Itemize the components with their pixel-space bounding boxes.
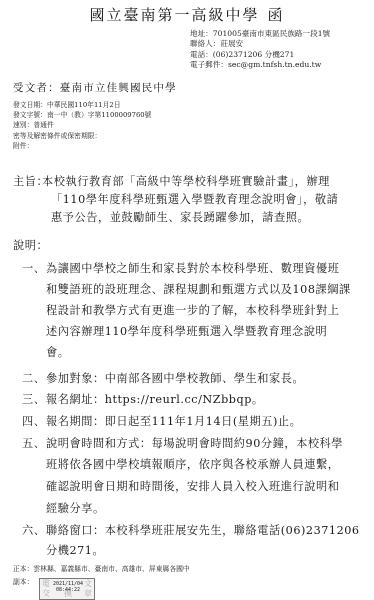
classification: 密等及解密條件或保密期限： <box>13 131 151 141</box>
sender-info: 地址：701005臺南市東區民族路一段1號 聯絡人：莊展安 電話：(06)237… <box>190 29 330 70</box>
sender-contact: 聯絡人：莊展安 <box>190 39 330 49</box>
stamp-char: 文 <box>84 579 92 588</box>
attachment: 附件： <box>13 141 151 151</box>
document-number: 發文字號：南一中（教）字第1100009760號 <box>13 110 151 120</box>
stamp-char: 電 <box>42 579 50 588</box>
item-number: 一、 <box>22 260 45 276</box>
item-line: 聯絡窗口：本校科學班莊展安先生，聯絡電話(06)2371206 <box>46 522 360 538</box>
stamp-timestamp: 2021/11/04 08:44:22 <box>51 581 85 593</box>
main-recipients: 正本：雲林縣、嘉義縣市、臺南市、高雄市、屏東縣各國中 <box>13 563 190 573</box>
sender-email: 電子郵件：sec@gm.tnfsh.tn.edu.tw <box>190 60 330 70</box>
sender-phone: 電話：(06)2371206 分機271 <box>190 50 330 60</box>
school-name: 國立臺南第一高級中學 <box>89 6 259 24</box>
subject-line: 「110學年度科學班甄選入學暨教育理念說明會」，敬請 <box>51 191 338 207</box>
document-title: 國立臺南第一高級中學函 <box>0 4 374 25</box>
document-type: 函 <box>268 6 285 24</box>
document-meta: 發文日期：中華民國110年11月2日 發文字號：南一中（教）字第11000097… <box>13 100 151 151</box>
item-line: 和雙語班的設班理念、課程規劃和甄選方式以及108課綱課 <box>46 281 351 297</box>
item-number: 六、 <box>22 522 45 538</box>
cc-label: 副本： <box>13 576 33 586</box>
registration-url: 報名網址：https://reurl.cc/NZbbqp。 <box>46 391 264 407</box>
subject-line: 本校執行教育部「高級中等學校科學班實驗計畫」，辦理 <box>42 173 330 189</box>
item-line: 確認說明會日期和時間後，安排人員入校入班進行說明和 <box>46 478 339 494</box>
item-line: 為讓國中學校之師生和家長對於本校科學班、數理資優班 <box>46 260 339 276</box>
item-line: 參加對象：中南部各國中學校教師、學生和家長。 <box>46 370 304 386</box>
recipient: 受文者：臺南市立佳興國民中學 <box>13 80 177 95</box>
item-line: 會。 <box>46 344 69 360</box>
stamp-char: 交 <box>42 589 50 598</box>
item-line: 經驗分享。 <box>46 500 105 516</box>
item-line: 分機271。 <box>46 542 104 558</box>
item-number: 四、 <box>22 413 45 429</box>
electronic-exchange-stamp: 電 文 交 章 換 2021/11/04 08:44:22 <box>39 578 95 600</box>
item-number: 三、 <box>22 391 45 407</box>
item-line: 班將依各國中學校填報順序，依序與各校承辦人員連繫， <box>46 456 339 472</box>
item-line: 程設計和教學方式有更進一步的了解，本校科學班針對上 <box>46 302 339 318</box>
item-number: 二、 <box>22 370 45 386</box>
stamp-char: 章 <box>84 589 92 598</box>
item-line: 述內容辦理110學年度科學班甄選入學暨教育理念說明 <box>46 323 327 339</box>
subject-line: 惠予公告，並鼓勵師生、家長踴躍參加，請查照。 <box>51 209 309 225</box>
item-line: 說明會時間和方式：每場說明會時間約90分鐘，本校科學 <box>46 435 343 451</box>
sender-address: 地址：701005臺南市東區民族路一段1號 <box>190 29 330 39</box>
description-label: 說明： <box>13 237 48 253</box>
issue-date: 發文日期：中華民國110年11月2日 <box>13 100 151 110</box>
delivery-speed: 速別：普通件 <box>13 120 151 130</box>
item-line: 報名期間：即日起至111年1月14日(星期五)止。 <box>46 413 301 429</box>
item-number: 五、 <box>22 435 45 451</box>
